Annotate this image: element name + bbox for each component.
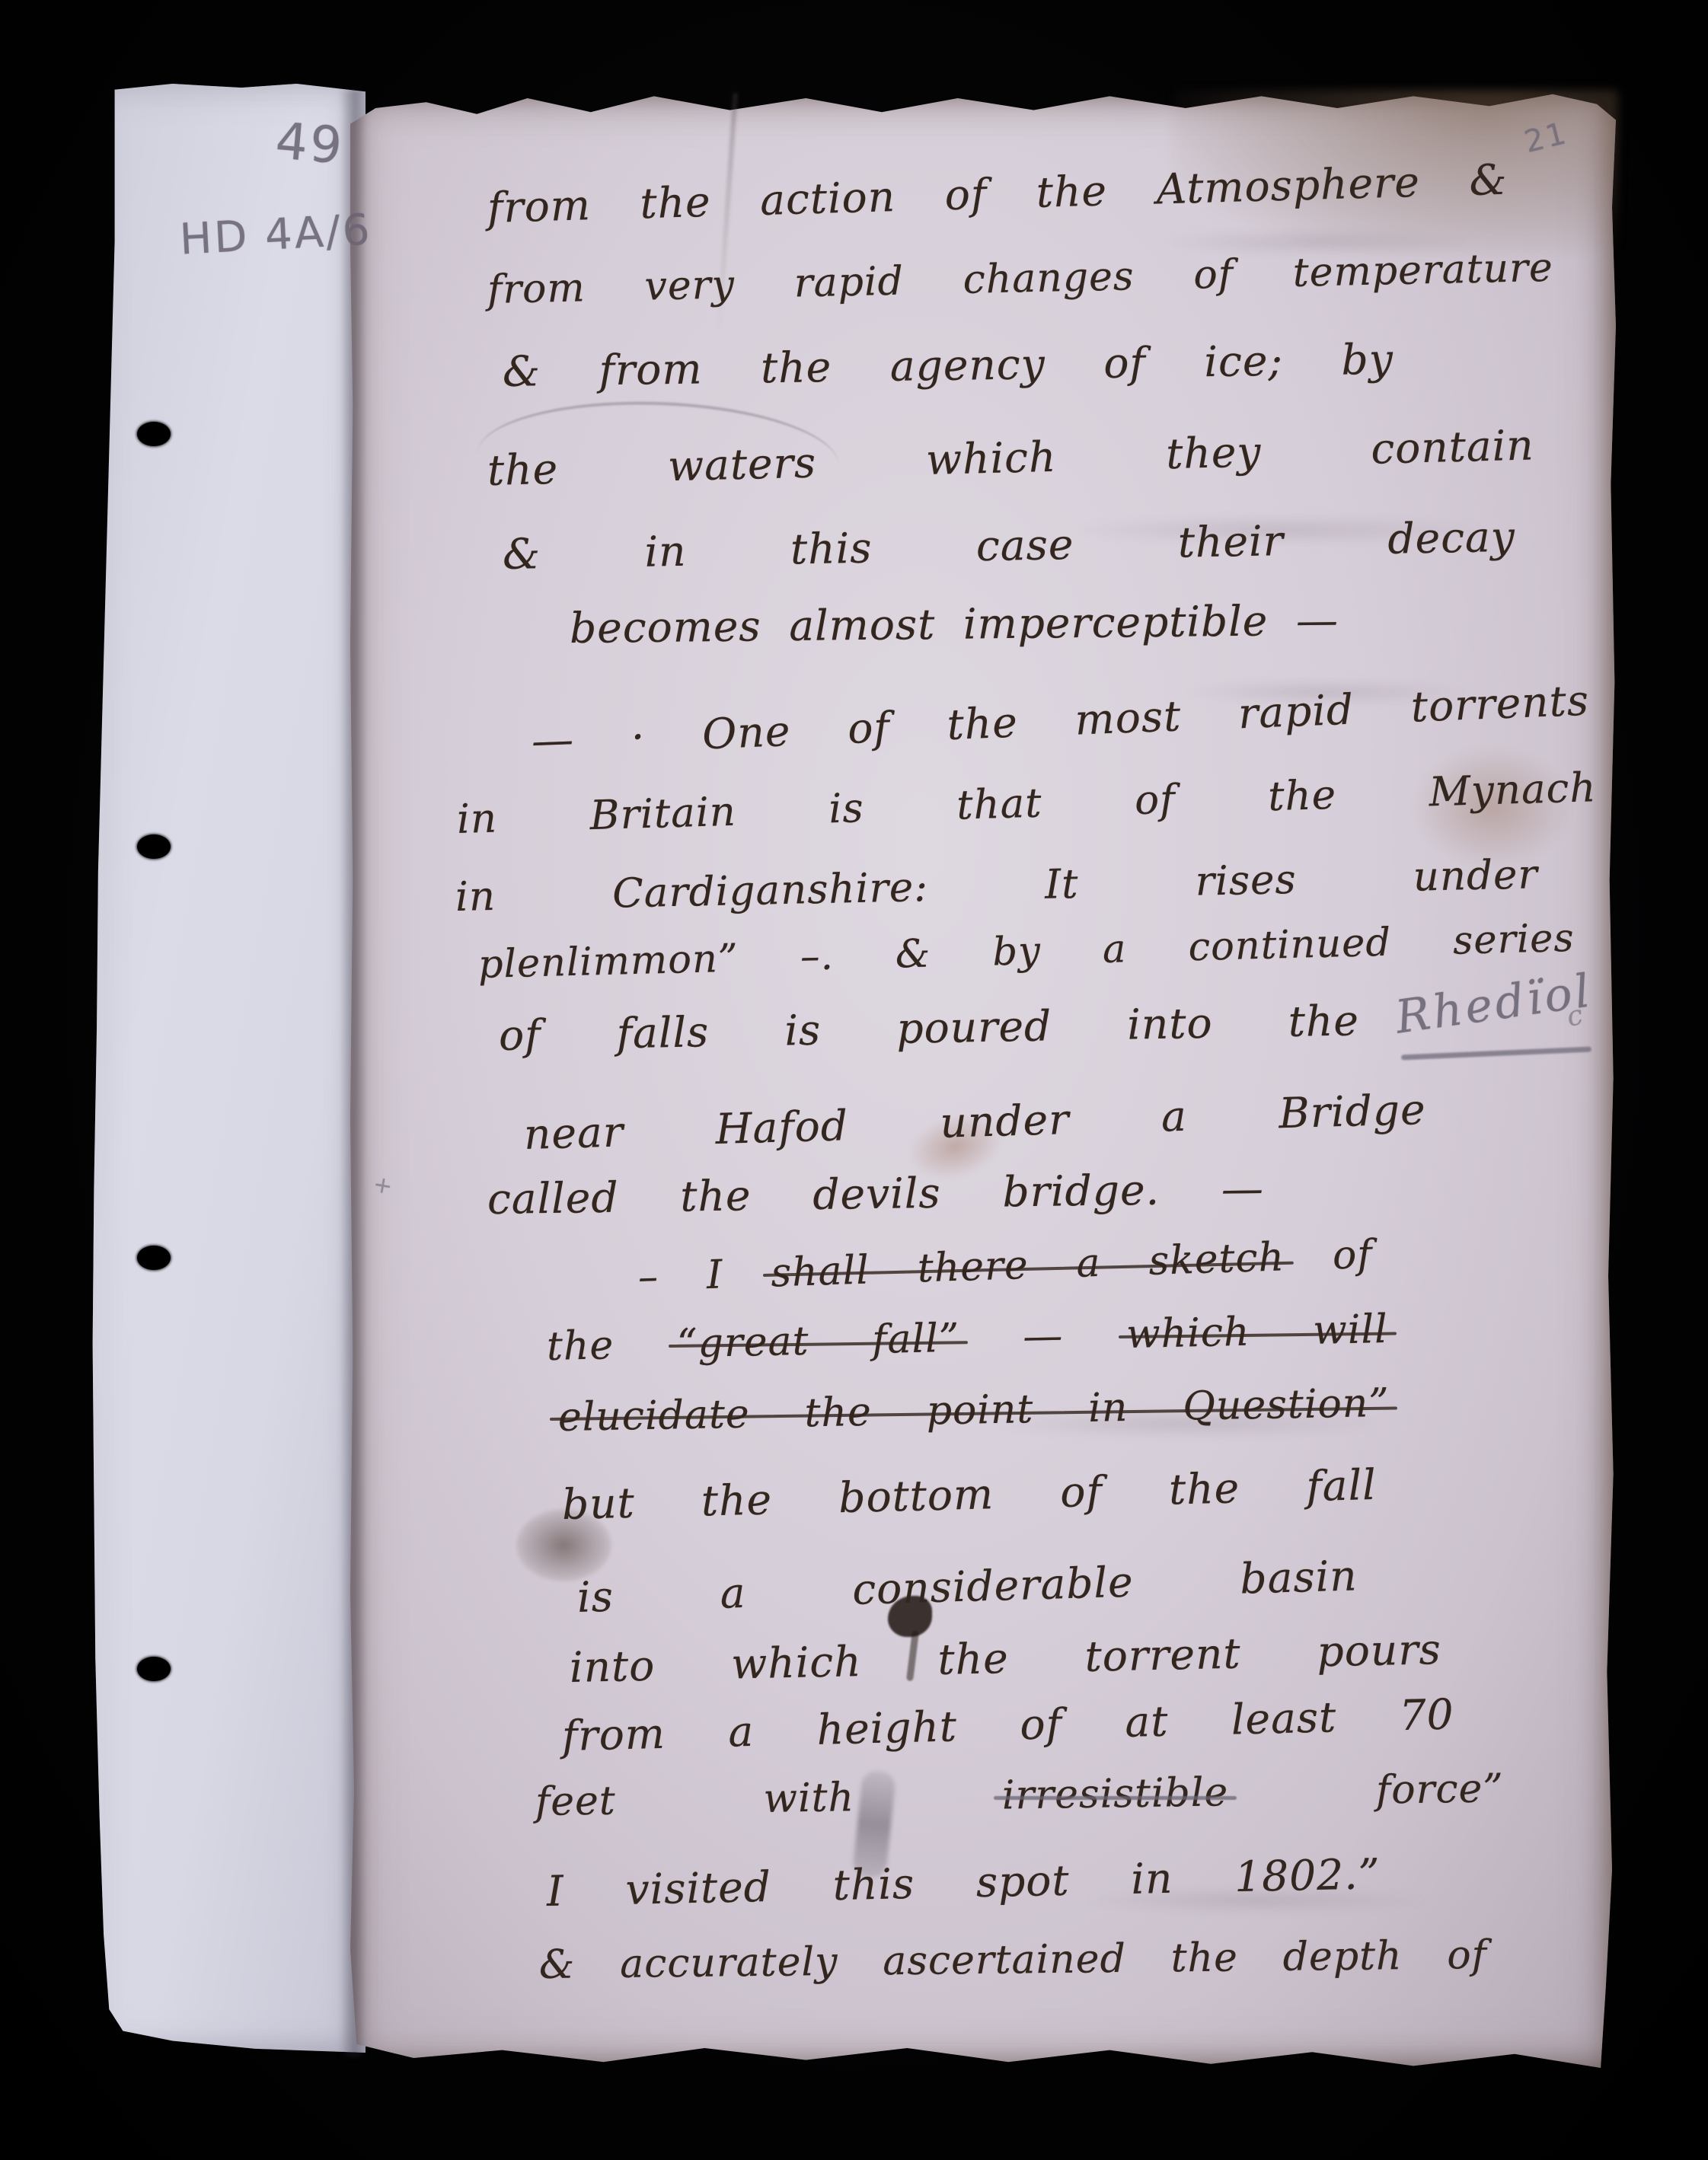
manuscript-word: the: [1036, 167, 1108, 217]
manuscript-word: into: [1127, 1000, 1213, 1049]
manuscript-word: is: [576, 1573, 615, 1622]
manuscript-word: –: [637, 1255, 659, 1301]
manuscript-word: ·: [631, 713, 646, 761]
manuscript-word: waters: [667, 439, 817, 490]
manuscript-word: I: [706, 1253, 723, 1299]
manuscript-word: least: [1231, 1693, 1337, 1744]
manuscript-word: in: [644, 528, 687, 576]
manuscript-word: poured: [896, 1002, 1052, 1053]
manuscript-word: from: [561, 1710, 666, 1761]
punch-hole: [137, 1246, 171, 1270]
manuscript-word: Cardiganshire:: [612, 865, 929, 918]
manuscript-word: they: [1166, 428, 1263, 478]
manuscript-word: from: [487, 266, 586, 313]
manuscript-word: of: [1103, 339, 1146, 388]
manuscript-word: under: [940, 1096, 1071, 1147]
binding-strip: [90, 84, 366, 2053]
manuscript-word: the: [761, 343, 832, 393]
manuscript-word: the: [640, 178, 712, 228]
manuscript-word: in: [1088, 1386, 1129, 1432]
manuscript-word: of: [1447, 1933, 1487, 1979]
manuscript-word: agency: [889, 340, 1046, 391]
manuscript-word: —: [1221, 1165, 1264, 1214]
manuscript-word: in: [456, 796, 498, 844]
manuscript-word: which: [925, 433, 1057, 484]
manuscript-word: &: [1469, 156, 1508, 206]
manuscript-word: of: [1332, 1233, 1373, 1279]
manuscript-word: the: [487, 445, 559, 496]
manuscript-word: under: [1413, 852, 1538, 901]
folio-number: 49: [273, 111, 346, 176]
manuscript-word: in: [1131, 1855, 1173, 1903]
manuscript-word: rapid: [793, 260, 904, 308]
manuscript-word: One: [701, 707, 791, 759]
manuscript-word: a: [728, 1708, 755, 1756]
manuscript-word: of: [1060, 1468, 1103, 1517]
manuscript-word: from: [487, 181, 592, 232]
manuscript-word: into: [569, 1642, 656, 1693]
manuscript-word: fall: [1306, 1461, 1378, 1511]
manuscript-word: but: [561, 1479, 635, 1530]
punch-hole: [137, 422, 171, 446]
manuscript-word: &: [539, 1943, 576, 1989]
manuscript-word: height: [816, 1702, 958, 1754]
manuscript-word: 70: [1399, 1690, 1455, 1740]
manuscript-word: the: [937, 1635, 1009, 1684]
manuscript-word: basin: [1240, 1552, 1358, 1603]
manuscript-word: the: [1267, 773, 1336, 821]
manuscript-word: decay: [1387, 513, 1516, 563]
manuscript-word: this: [832, 1860, 915, 1910]
manuscript-word: —: [1296, 596, 1339, 645]
manuscript-word: changes: [963, 254, 1135, 303]
manuscript-word: &: [895, 932, 931, 978]
manuscript-word: imperceptible: [963, 597, 1269, 648]
manuscript-word: the: [946, 698, 1018, 749]
manuscript-word: depth: [1282, 1934, 1402, 1980]
manuscript-word: most: [1074, 692, 1182, 745]
manuscript-word: &: [503, 347, 541, 396]
manuscript-word: Question”: [1183, 1381, 1390, 1431]
manuscript-word: with: [763, 1776, 854, 1822]
manuscript-word: —: [1023, 1314, 1064, 1361]
manuscript-word: of: [1020, 1700, 1063, 1750]
manuscript-word: torrent: [1084, 1630, 1241, 1682]
manuscript-word: contain: [1371, 421, 1535, 473]
manuscript-word: accurately: [620, 1940, 838, 1988]
manuscript-word: fall”: [872, 1316, 960, 1364]
shelfmark-annotation: HD 4A/6: [178, 205, 373, 264]
manuscript-word: of: [847, 704, 891, 753]
manuscript-word: ice;: [1204, 337, 1283, 387]
manuscript-word: rises: [1195, 857, 1297, 906]
manuscript-word: of: [498, 1011, 541, 1060]
manuscript-word: this: [790, 525, 873, 574]
punch-hole: [137, 1657, 171, 1681]
manuscript-word: 1802.”: [1234, 1850, 1381, 1901]
manuscript-word: Britain: [589, 790, 737, 840]
manuscript-word: I: [546, 1868, 564, 1916]
manuscript-word: spot: [975, 1857, 1070, 1907]
manuscript-word: irresistible: [1001, 1770, 1228, 1819]
manuscript-word: is: [828, 786, 865, 833]
manuscript-word: Bridge: [1278, 1086, 1426, 1138]
manuscript-word: very: [644, 263, 736, 310]
manuscript-word: at: [1125, 1698, 1169, 1747]
manuscript-word: rapid: [1237, 686, 1355, 739]
manuscript-word: force”: [1376, 1766, 1505, 1814]
manuscript-word: in: [455, 874, 496, 921]
manuscript-word: the: [701, 1476, 773, 1526]
manuscript-word: torrents: [1410, 677, 1590, 732]
manuscript-word: will: [1313, 1307, 1389, 1354]
manuscript-word: the: [1170, 1935, 1238, 1982]
manuscript-word: action: [759, 173, 896, 225]
manuscript-line: becomesalmostimperceptible—: [570, 596, 1339, 652]
manuscript-word: devils: [812, 1169, 941, 1220]
manuscript-word: of: [944, 171, 988, 220]
manuscript-word: Mynach: [1429, 765, 1597, 816]
manuscript-word: Atmosphere: [1156, 158, 1421, 214]
margin-cross-mark: +: [371, 1171, 397, 1201]
manuscript-word: of: [1193, 252, 1234, 298]
manuscript-word: by: [1341, 336, 1394, 384]
manuscript-word: the: [1168, 1464, 1240, 1514]
manuscript-word: from: [599, 345, 703, 394]
manuscript-word: a: [1160, 1093, 1188, 1141]
manuscript-word: their: [1177, 517, 1284, 567]
manuscript-word: series: [1452, 917, 1575, 965]
manuscript-word: that: [956, 781, 1042, 830]
manuscript-word: the: [546, 1323, 614, 1370]
manuscript-word: considerable: [851, 1559, 1134, 1615]
manuscript-word: falls: [616, 1008, 710, 1058]
manuscript-word: which: [731, 1638, 863, 1689]
manuscript-word: Hafod: [715, 1102, 849, 1153]
manuscript-word: plenlimmon”: [477, 937, 739, 988]
manuscript-word: temperature: [1292, 246, 1553, 297]
manuscript-word: a: [720, 1569, 747, 1618]
manuscript-word: of: [1134, 777, 1176, 825]
manuscript-word: the: [680, 1172, 752, 1221]
manuscript-word: pours: [1317, 1626, 1442, 1677]
manuscript-word: bridge.: [1002, 1166, 1160, 1217]
manuscript-word: —: [531, 716, 575, 765]
manuscript-word: case: [975, 521, 1074, 570]
manuscript-word: bottom: [838, 1470, 994, 1522]
manuscript-word: visited: [625, 1863, 772, 1914]
manuscript-word: a: [1102, 927, 1127, 972]
manuscript-word: near: [523, 1108, 624, 1159]
punch-hole: [137, 834, 171, 859]
manuscript-word: &: [502, 530, 541, 579]
manuscript-word: It: [1045, 862, 1080, 909]
manuscript-word: –.: [800, 935, 834, 981]
manuscript-word: feet: [535, 1779, 617, 1826]
manuscript-word: a: [1076, 1241, 1102, 1287]
strikethrough-mark: [994, 1796, 1236, 1800]
manuscript-word: continued: [1188, 921, 1392, 971]
manuscript-photo: fromtheactionoftheAtmosphere&fromveryrap…: [0, 0, 1708, 2160]
manuscript-word: called: [487, 1174, 619, 1224]
manuscript-word: by: [992, 930, 1042, 975]
manuscript-word: is: [784, 1007, 822, 1055]
manuscript-word: the: [1288, 997, 1359, 1046]
manuscript-word: almost: [789, 601, 936, 650]
manuscript-word: ascertained: [883, 1937, 1126, 1985]
manuscript-word: becomes: [570, 602, 761, 652]
manuscript-word: sketch: [1148, 1235, 1285, 1284]
